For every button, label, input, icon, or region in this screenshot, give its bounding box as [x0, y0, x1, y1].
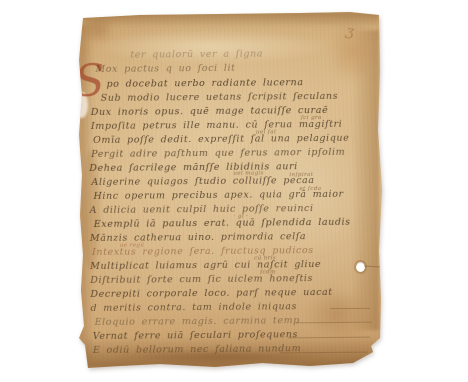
verse-lines: ter qualorū ver a ſignaMox pactus q uo ſ… [0, 0, 468, 1]
interlinear-gloss: ſcdm [260, 269, 276, 275]
manuscript-line: E odiū bellorum nec faliana nundum [93, 343, 301, 356]
manuscript-line: po docebat uerbo radiante lucerna [107, 77, 304, 90]
interlinear-gloss: · gl · [234, 214, 249, 220]
wormhole [356, 262, 365, 272]
manuscript-line: Dehea ſacrilege mānſſe libidinis auri [89, 161, 298, 174]
manuscript-line: Aligerine quiagos ſtudio colluiſſe pecaa [91, 175, 314, 188]
interlinear-gloss: ue regū [120, 243, 144, 249]
interlinear-glosses: ſci grauel ſaluel magisinſpiratet ſcda· … [0, 0, 468, 1]
photo-of-manuscript-leaf: S ʒ ter qualorū ver a ſignaMox pactus q … [0, 0, 468, 382]
manuscript-line: Multiplicat luiamus agrū cui naſcit gliu… [90, 259, 321, 272]
manuscript-line: Diſtribuit ſorte cum ſic uiclem honeſtis [90, 273, 313, 286]
manuscript-line: Vernat ferre uiā ſeculari proſequens [93, 329, 298, 342]
parchment-leaf: S ʒ ter qualorū ver a ſignaMox pactus q … [0, 0, 468, 382]
manuscript-line: Decrepiti corporale loco. parſ neque uac… [90, 287, 332, 300]
interlinear-gloss: cū nris [254, 255, 276, 261]
manuscript-line: Pergit adire paſthum que ferus amor ipſo… [91, 147, 345, 160]
interlinear-gloss: uel magis [233, 170, 264, 176]
manuscript-line: ter qualorū ver a ſigna [130, 48, 263, 60]
interlinear-gloss: inſpirat [289, 172, 313, 178]
manuscript-line: A dilicia uenit culpil huic poſſe reuinc… [90, 203, 314, 216]
interlinear-gloss: ſci gra [301, 115, 322, 121]
parchment-leaf-wrapper: S ʒ ter qualorū ver a ſignaMox pactus q … [0, 0, 468, 382]
manuscript-line: Exemplū iā paulus erat. quā ſplendida la… [94, 217, 351, 230]
manuscript-line: d meritis contra. tam indole iniquas [90, 301, 297, 314]
manuscript-line: Sub modio lucere uetans ſcripsit ſeculan… [101, 91, 339, 104]
interlinear-gloss: uel ſal [256, 129, 276, 135]
manuscript-line: Omīa poſſe dedit. expreſſit ſal una pela… [93, 133, 349, 146]
manuscript-line: Eloquio errare magis. carmina temp [95, 315, 300, 328]
folio-mark: ʒ [345, 23, 356, 40]
interlinear-gloss: et ſcda [299, 186, 321, 192]
text-block: S ʒ ter qualorū ver a ſignaMox pactus q … [0, 0, 468, 382]
manuscript-line: Dux inoris opus. quē mage tacuiſſe curaē [91, 105, 329, 118]
manuscript-line: Mox pactus q uo ſoci lit [95, 63, 235, 75]
